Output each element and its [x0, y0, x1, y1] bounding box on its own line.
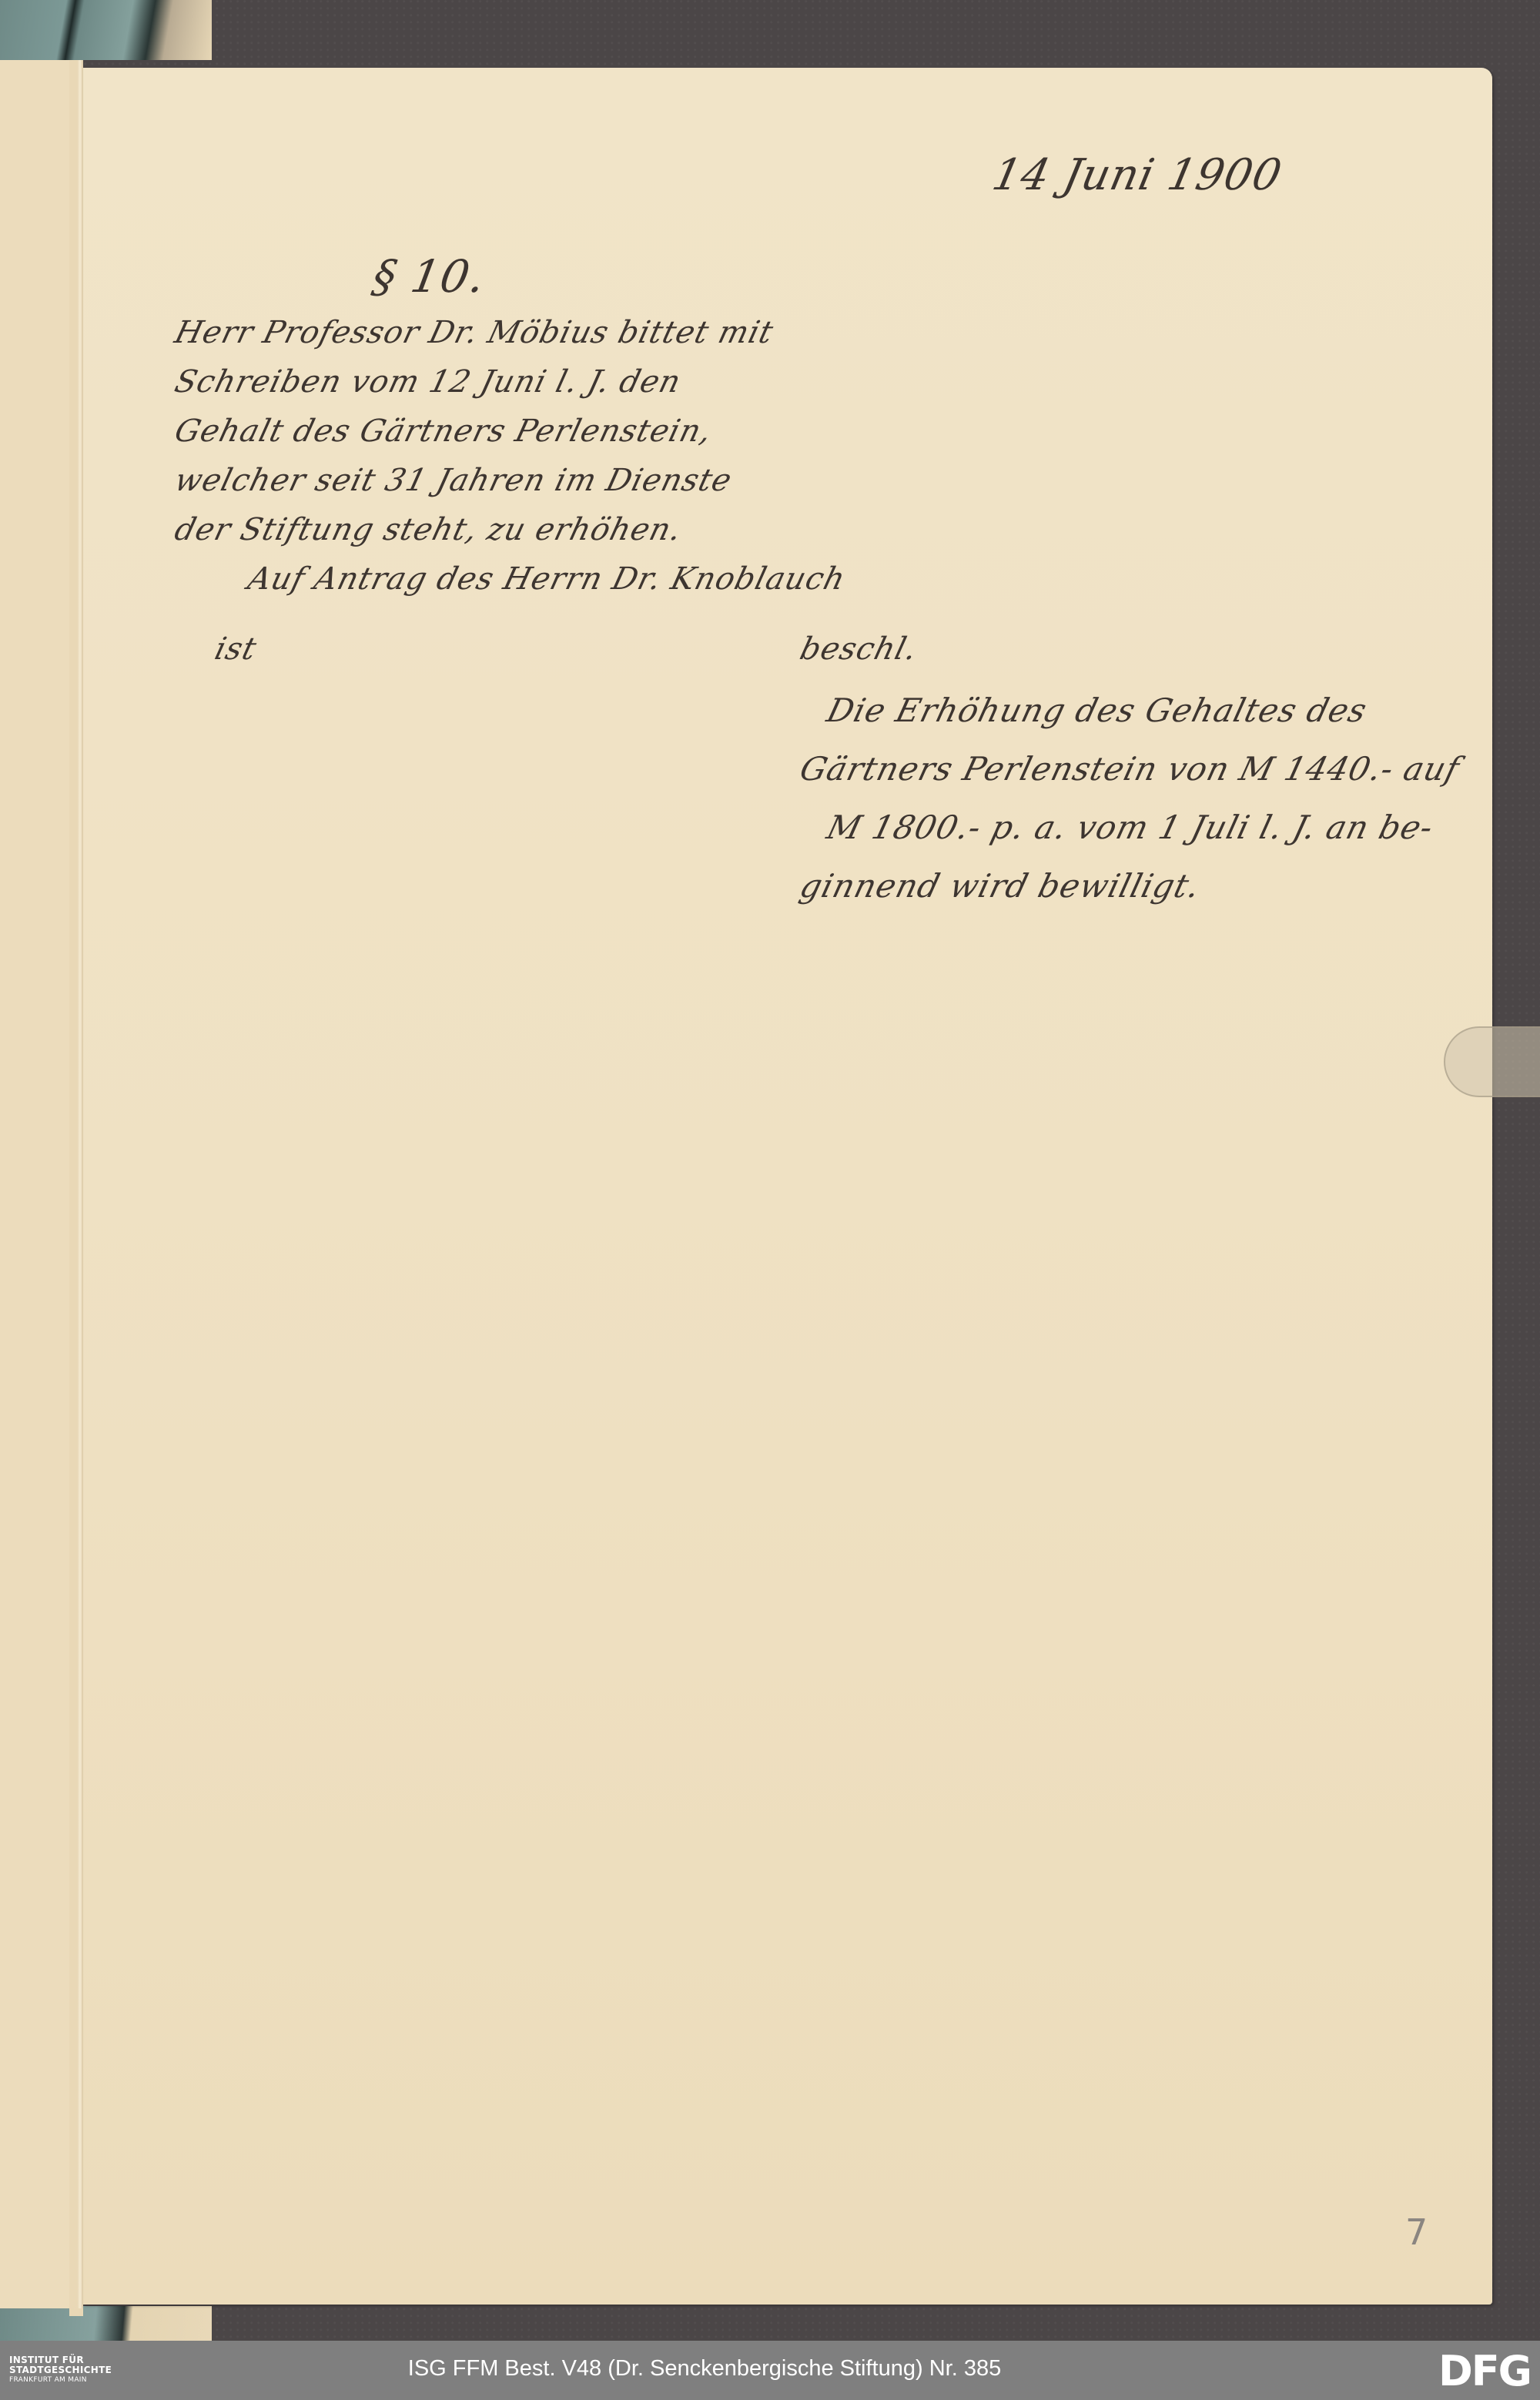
footer-title-wrap: ISG FFM Best. V48 (Dr. Senckenbergische …: [0, 2356, 1540, 2382]
page-number: 7: [1405, 2211, 1428, 2253]
request-line: welcher seit 31 Jahren im Dienste: [169, 456, 851, 505]
request-paragraph: Herr Professor Dr. Möbius bittet mit Sch…: [176, 308, 845, 604]
request-line: der Stiftung steht, zu erhöhen.: [169, 505, 851, 554]
resolution-line: ginnend wird bewilligt.: [794, 857, 1466, 915]
request-line: Auf Antrag des Herrn Dr. Knoblauch: [169, 554, 851, 604]
resolution-line: M 1800.- p. a. vom 1 Juli l. J. an be-: [794, 798, 1466, 857]
resolution-heading: beschl.: [796, 631, 921, 667]
resolution-line: Die Erhöhung des Gehaltes des: [794, 681, 1466, 740]
binding-cloth-bottom: [0, 2306, 212, 2341]
binding-cloth-top: [0, 0, 212, 60]
page-clip: [1444, 1026, 1540, 1097]
document-date: 14 Juni 1900: [988, 150, 1287, 200]
request-line: Gehalt des Gärtners Perlenstein,: [169, 407, 851, 456]
section-heading: § 10.: [369, 250, 490, 303]
page-fold: [77, 60, 83, 2308]
dfg-logo: DFG: [1438, 2348, 1531, 2395]
request-line: Herr Professor Dr. Möbius bittet mit: [169, 308, 851, 357]
footer-title: ISG FFM Best. V48 (Dr. Senckenbergische …: [408, 2356, 1001, 2382]
resolution-line: Gärtners Perlenstein von M 1440.- auf: [794, 740, 1466, 798]
left-page-edge: [0, 60, 73, 2308]
viewer-footer: INSTITUT FÜR STADTGESCHICHTE FRANKFURT A…: [0, 2341, 1540, 2400]
resolution-paragraph: Die Erhöhung des Gehaltes des Gärtners P…: [801, 681, 1458, 915]
request-line: Schreiben vom 12 Juni l. J. den: [169, 357, 851, 407]
